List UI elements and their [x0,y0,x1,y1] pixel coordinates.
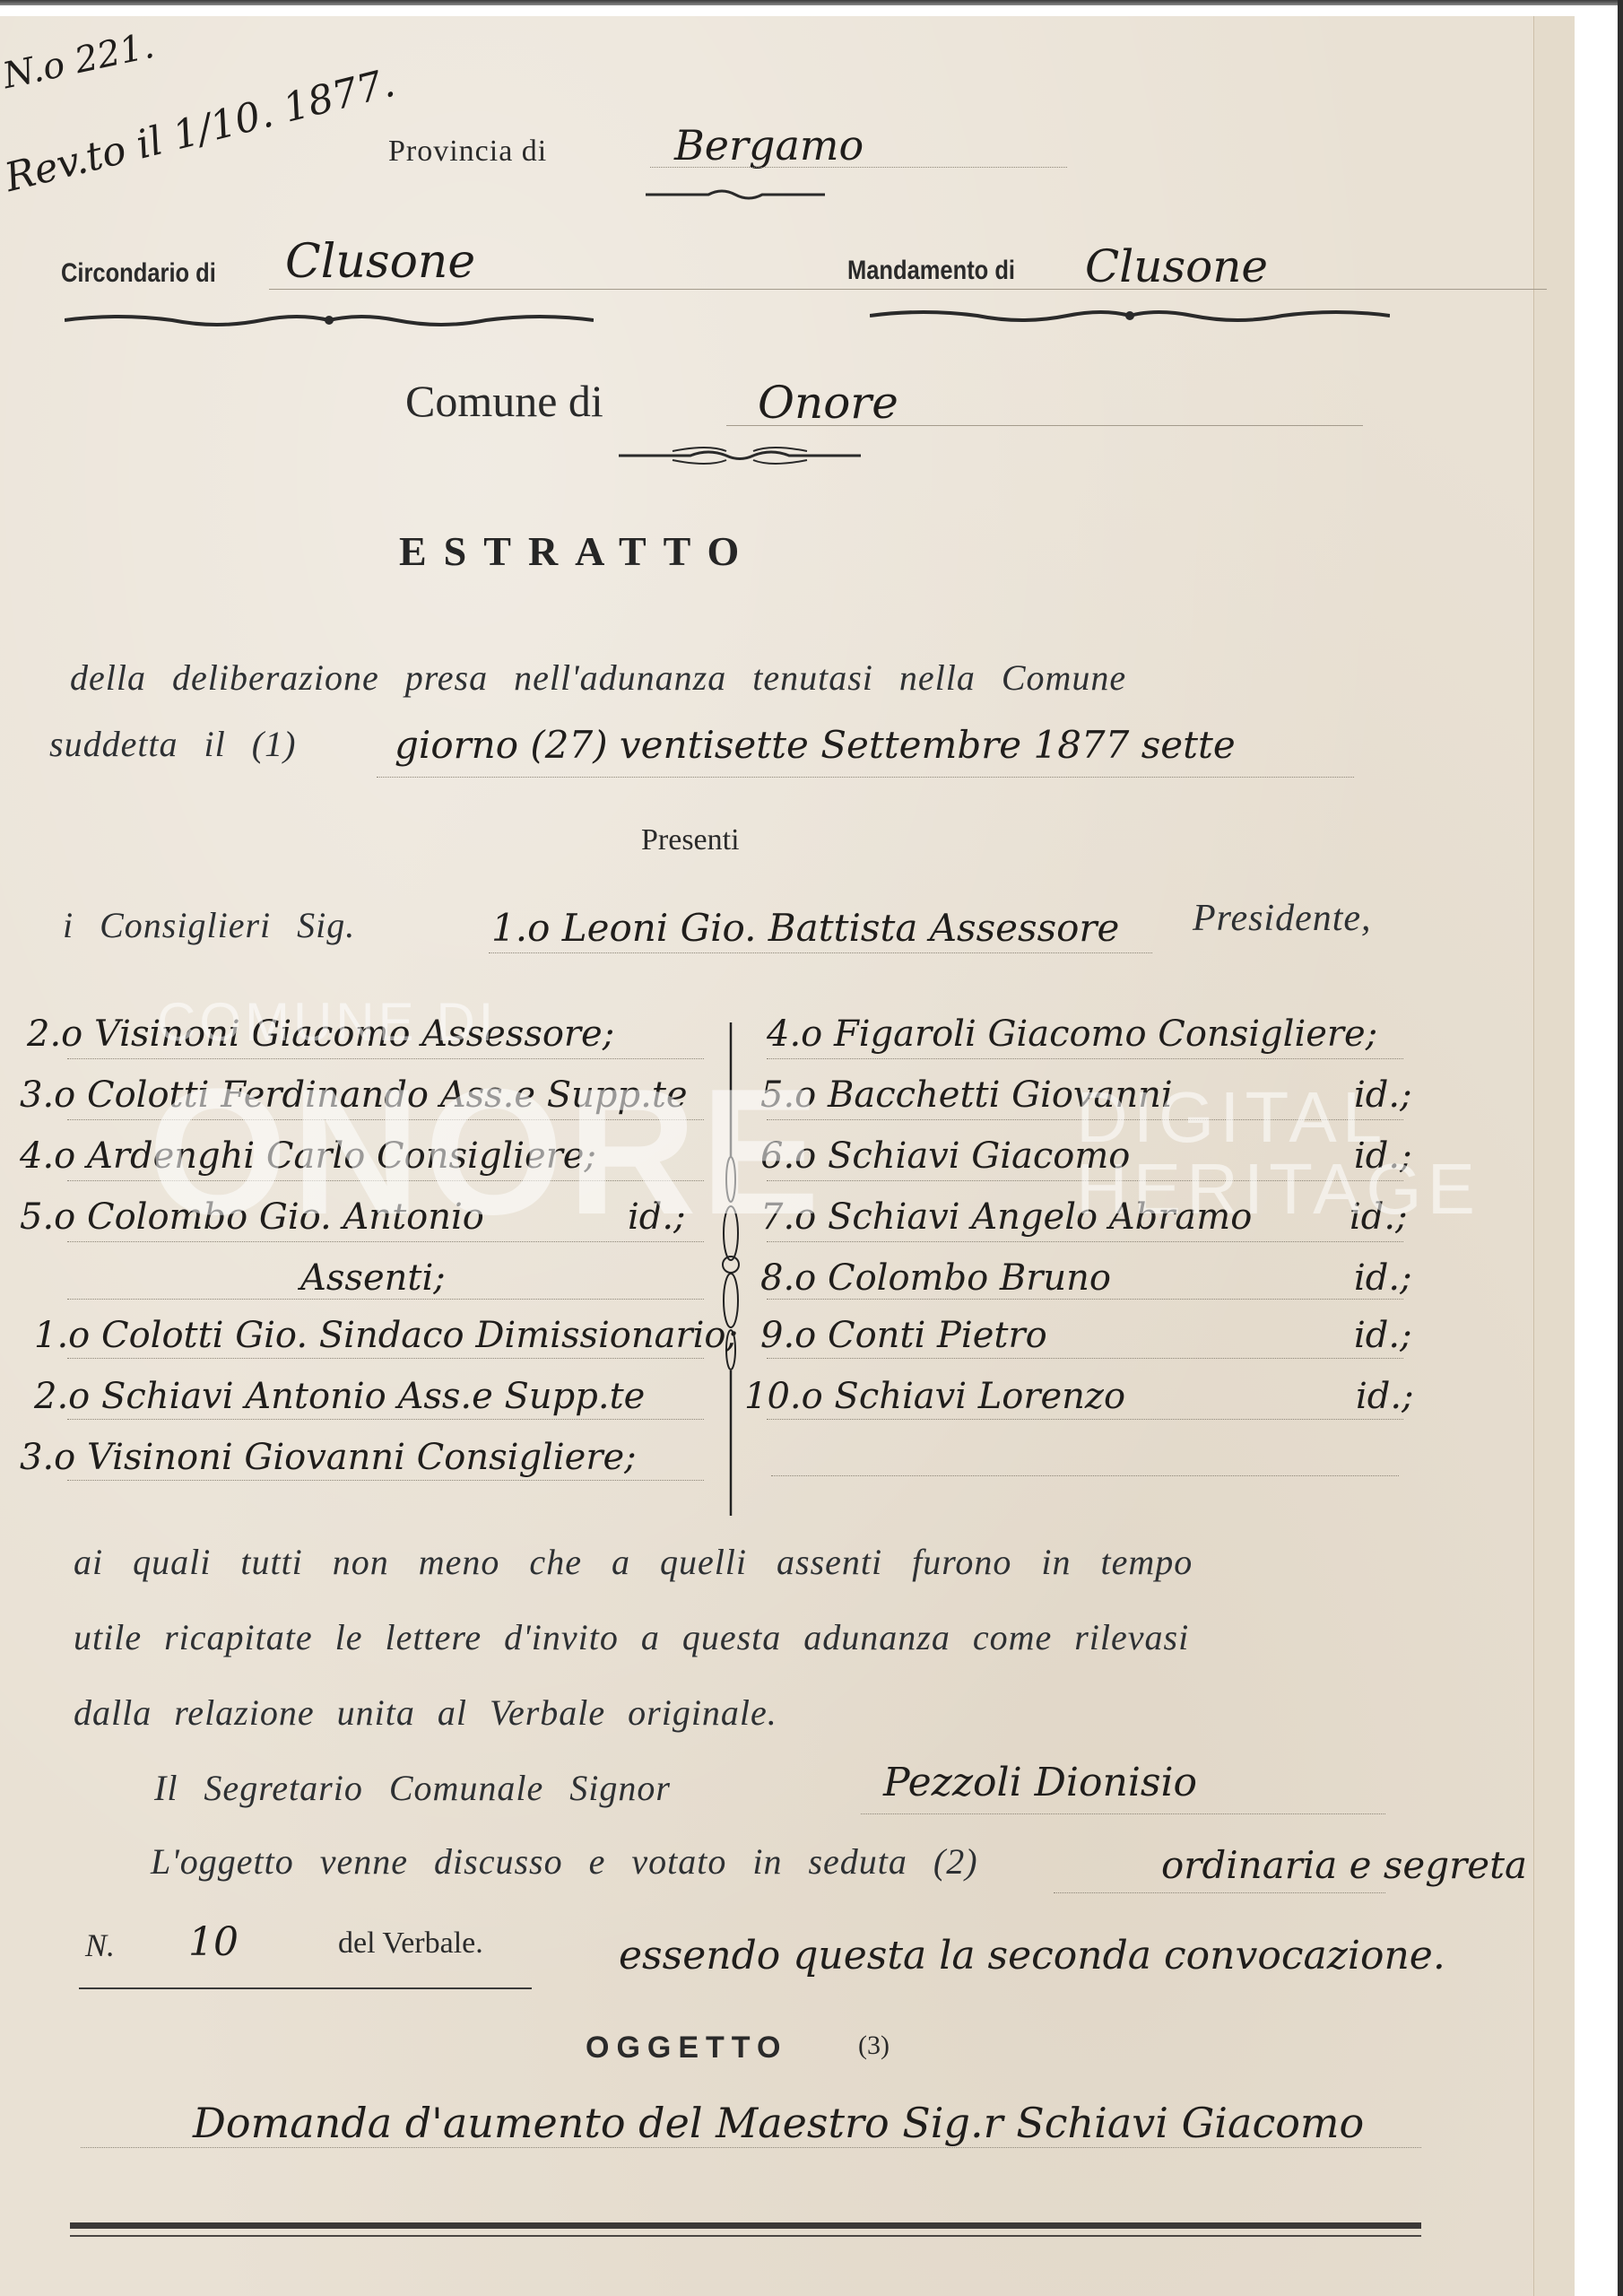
presenti-label: Presenti [641,823,740,857]
list-item-absent-2: 2.o Schiavi Antonio Ass.e Supp.te [34,1376,645,1417]
member-number: 9.o [760,1315,816,1356]
list-item-present-right-1: 4.o Figaroli Giacomo Consigliere; [767,1013,1377,1055]
verbale-prefix: N. [85,1926,115,1964]
member-role: id.; [1354,1135,1412,1177]
oggetto-footnote: (3) [858,2031,890,2061]
provincia-ornament [646,184,825,205]
president-name: 1.o Leoni Gio. Battista Assessore [491,906,1119,950]
president-underline [489,952,1152,953]
member-name: Bacchetti Giovanni [828,1074,1173,1116]
list-item-present-right-6: 9.o Conti Pietro [760,1315,1047,1356]
meeting-date: giorno (27) ventisette Settembre 1877 se… [395,723,1236,767]
member-name: Visinoni Giacomo Assessore; [94,1013,614,1055]
member-number: 1.o [34,1315,90,1356]
member-name: Conti Pietro [828,1315,1047,1356]
member-name: Ardenghi Carlo Consigliere; [87,1135,596,1177]
intro-line-2-printed: suddetta il (1) [49,723,296,765]
paper-fold-margin [1533,16,1575,2296]
mandamento-value: Clusone [1085,240,1268,292]
bottom-double-rule [70,2222,1421,2229]
member-name: Colombo Gio. Antonio [87,1196,484,1238]
provincia-underline [650,167,1067,168]
row-rule [67,1058,704,1059]
row-rule [767,1119,1403,1120]
intro-line-1: della deliberazione presa nell'adunanza … [70,657,1126,699]
row-rule [767,1058,1403,1059]
secretary-label: Il Segretario Comunale Signor [154,1767,671,1809]
row-rule [767,1419,1403,1420]
body-line-3: dalla relazione unita al Verbale origina… [74,1692,777,1734]
column-divider [717,1022,744,1516]
member-number: 7.o [760,1196,816,1238]
member-role: id.; [1350,1196,1408,1238]
circondario-value: Clusone [285,235,475,289]
verbale-underline [79,1987,532,1989]
circondario-underline [269,289,879,290]
row-rule [767,1358,1403,1359]
list-item-present-left-4: 5.o Colombo Gio. Antonio [20,1196,484,1238]
member-number: 10.o [744,1376,823,1417]
absent-label-underline [67,1299,704,1300]
member-name: Colotti Ferdinando Ass.e Supp.te [87,1074,688,1116]
oggetto-subject: Domanda d'aumento del Maestro Sig.r Schi… [193,2099,1364,2147]
member-number: 2.o [27,1013,82,1055]
member-number: 3.o [20,1437,75,1478]
body-line-2: utile ricapitate le lettere d'invito a q… [74,1616,1189,1658]
member-name: Schiavi Antonio Ass.e Supp.te [101,1376,645,1417]
member-name: Schiavi Angelo Abramo [828,1196,1252,1238]
member-number: 4.o [767,1013,822,1055]
comune-value: Onore [758,377,898,429]
body-line-1: ai quali tutti non meno che a quelli ass… [74,1541,1193,1583]
list-item-absent-3: 3.o Visinoni Giovanni Consigliere; [20,1437,637,1478]
list-item-present-left-1: 2.o Visinoni Giacomo Assessore; [27,1013,614,1055]
row-rule [767,1241,1403,1242]
member-number: 3.o [20,1074,75,1116]
member-name: Figaroli Giacomo Consigliere; [834,1013,1377,1055]
member-name: Colotti Gio. Sindaco Dimissionario; [101,1315,738,1356]
member-number: 5.o [760,1074,816,1116]
mandamento-label: Mandamento di [847,256,1015,286]
presidency-suffix: Presidente, [1193,897,1372,940]
meeting-date-underline [377,777,1354,778]
vote-label: L'oggetto venne discusso e votato in sed… [151,1840,978,1883]
member-name: Colombo Bruno [828,1257,1111,1299]
row-rule [67,1241,704,1242]
member-role: id.; [1354,1074,1412,1116]
member-name: Visinoni Giovanni Consigliere; [87,1437,637,1478]
convocation-note: essendo questa la seconda convocazione. [619,1933,1445,1979]
member-role: id.; [1354,1315,1412,1356]
member-name: Schiavi Lorenzo [834,1376,1125,1417]
oggetto-label: OGGETTO [586,2031,787,2066]
row-rule-empty [771,1475,1399,1476]
list-item-present-right-3: 6.o Schiavi Giacomo [760,1135,1130,1177]
mandamento-ornament [870,305,1390,326]
circondario-ornament [65,309,594,331]
circondario-label: Circondario di [61,258,216,289]
verbale-number: 10 [188,1919,239,1965]
list-item-present-right-5: 8.o Colombo Bruno [760,1257,1111,1299]
provincia-value: Bergamo [674,121,864,170]
document-title: ESTRATTO [399,527,756,575]
row-rule [67,1180,704,1181]
presidency-prefix: i Consiglieri Sig. [63,904,355,946]
list-item-present-left-2: 3.o Colotti Ferdinando Ass.e Supp.te [20,1074,688,1116]
member-number: 2.o [34,1376,90,1417]
mandamento-underline [811,289,1547,290]
list-item-present-right-2: 5.o Bacchetti Giovanni [760,1074,1173,1116]
row-rule [767,1299,1403,1300]
secretary-name: Pezzoli Dionisio [883,1760,1197,1805]
oggetto-underline [81,2147,1421,2148]
list-item-present-left-3: 4.o Ardenghi Carlo Consigliere; [20,1135,596,1177]
row-rule [767,1180,1403,1181]
scan-right-edge [1618,0,1623,2296]
session-type-underline [1054,1892,1385,1893]
secretary-underline [861,1813,1385,1814]
comune-ornament [619,444,861,467]
member-name: Schiavi Giacomo [828,1135,1130,1177]
verbale-suffix: del Verbale. [338,1926,483,1961]
row-rule [67,1419,704,1420]
session-type: ordinaria e segreta [1161,1843,1527,1887]
member-number: 5.o [20,1196,75,1238]
row-rule [67,1358,704,1359]
comune-label: Comune di [405,375,603,427]
member-number: 4.o [20,1135,75,1177]
row-rule [67,1119,704,1120]
member-role: id.; [1356,1376,1414,1417]
bottom-double-rule-thin [70,2235,1421,2237]
row-rule [67,1480,704,1481]
absent-label: Assenti; [300,1257,446,1299]
member-role: id.; [628,1196,686,1238]
provincia-label: Provincia di [388,135,547,169]
list-item-absent-1: 1.o Colotti Gio. Sindaco Dimissionario; [34,1315,738,1356]
member-role: id.; [1354,1257,1412,1299]
comune-underline [726,425,1363,426]
member-number: 6.o [760,1135,816,1177]
list-item-present-right-4: 7.o Schiavi Angelo Abramo [760,1196,1252,1238]
member-number: 8.o [760,1257,816,1299]
scan-top-edge [0,0,1623,5]
list-item-present-right-7: 10.o Schiavi Lorenzo [744,1376,1125,1417]
